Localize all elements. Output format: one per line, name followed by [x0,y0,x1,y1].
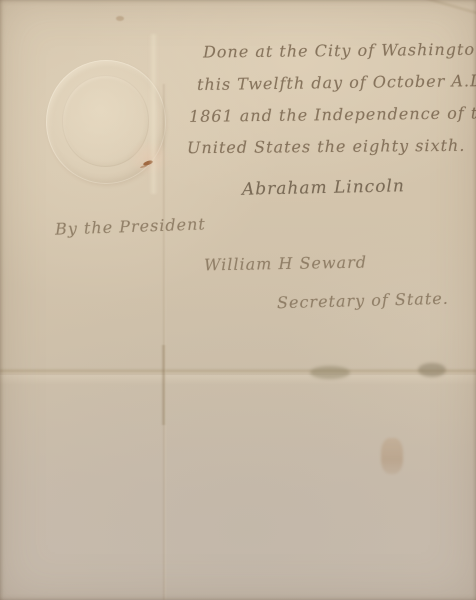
fold-stain-left [310,366,350,379]
document-photo: Done at the City of Washington this Twel… [0,0,476,600]
bottom-show-through-mark [381,438,403,474]
body-line-2: this Twelfth day of October A.D. [197,71,476,94]
body-line-1: Done at the City of Washington [203,40,476,62]
fold-highlight [0,375,476,385]
president-signature: Abraham Lincoln [242,176,405,199]
secretary-signature: William H Seward [204,253,367,275]
top-speck-stain [116,16,124,21]
body-line-3: 1861 and the Independence of the [189,103,476,126]
vertical-crease [162,84,167,600]
vertical-crease-center [161,345,166,425]
paper-highlight-streak [149,34,158,194]
horizontal-fold-line [0,368,476,375]
body-line-4: United States the eighty sixth. [187,136,466,157]
fold-stain-right [418,363,446,377]
